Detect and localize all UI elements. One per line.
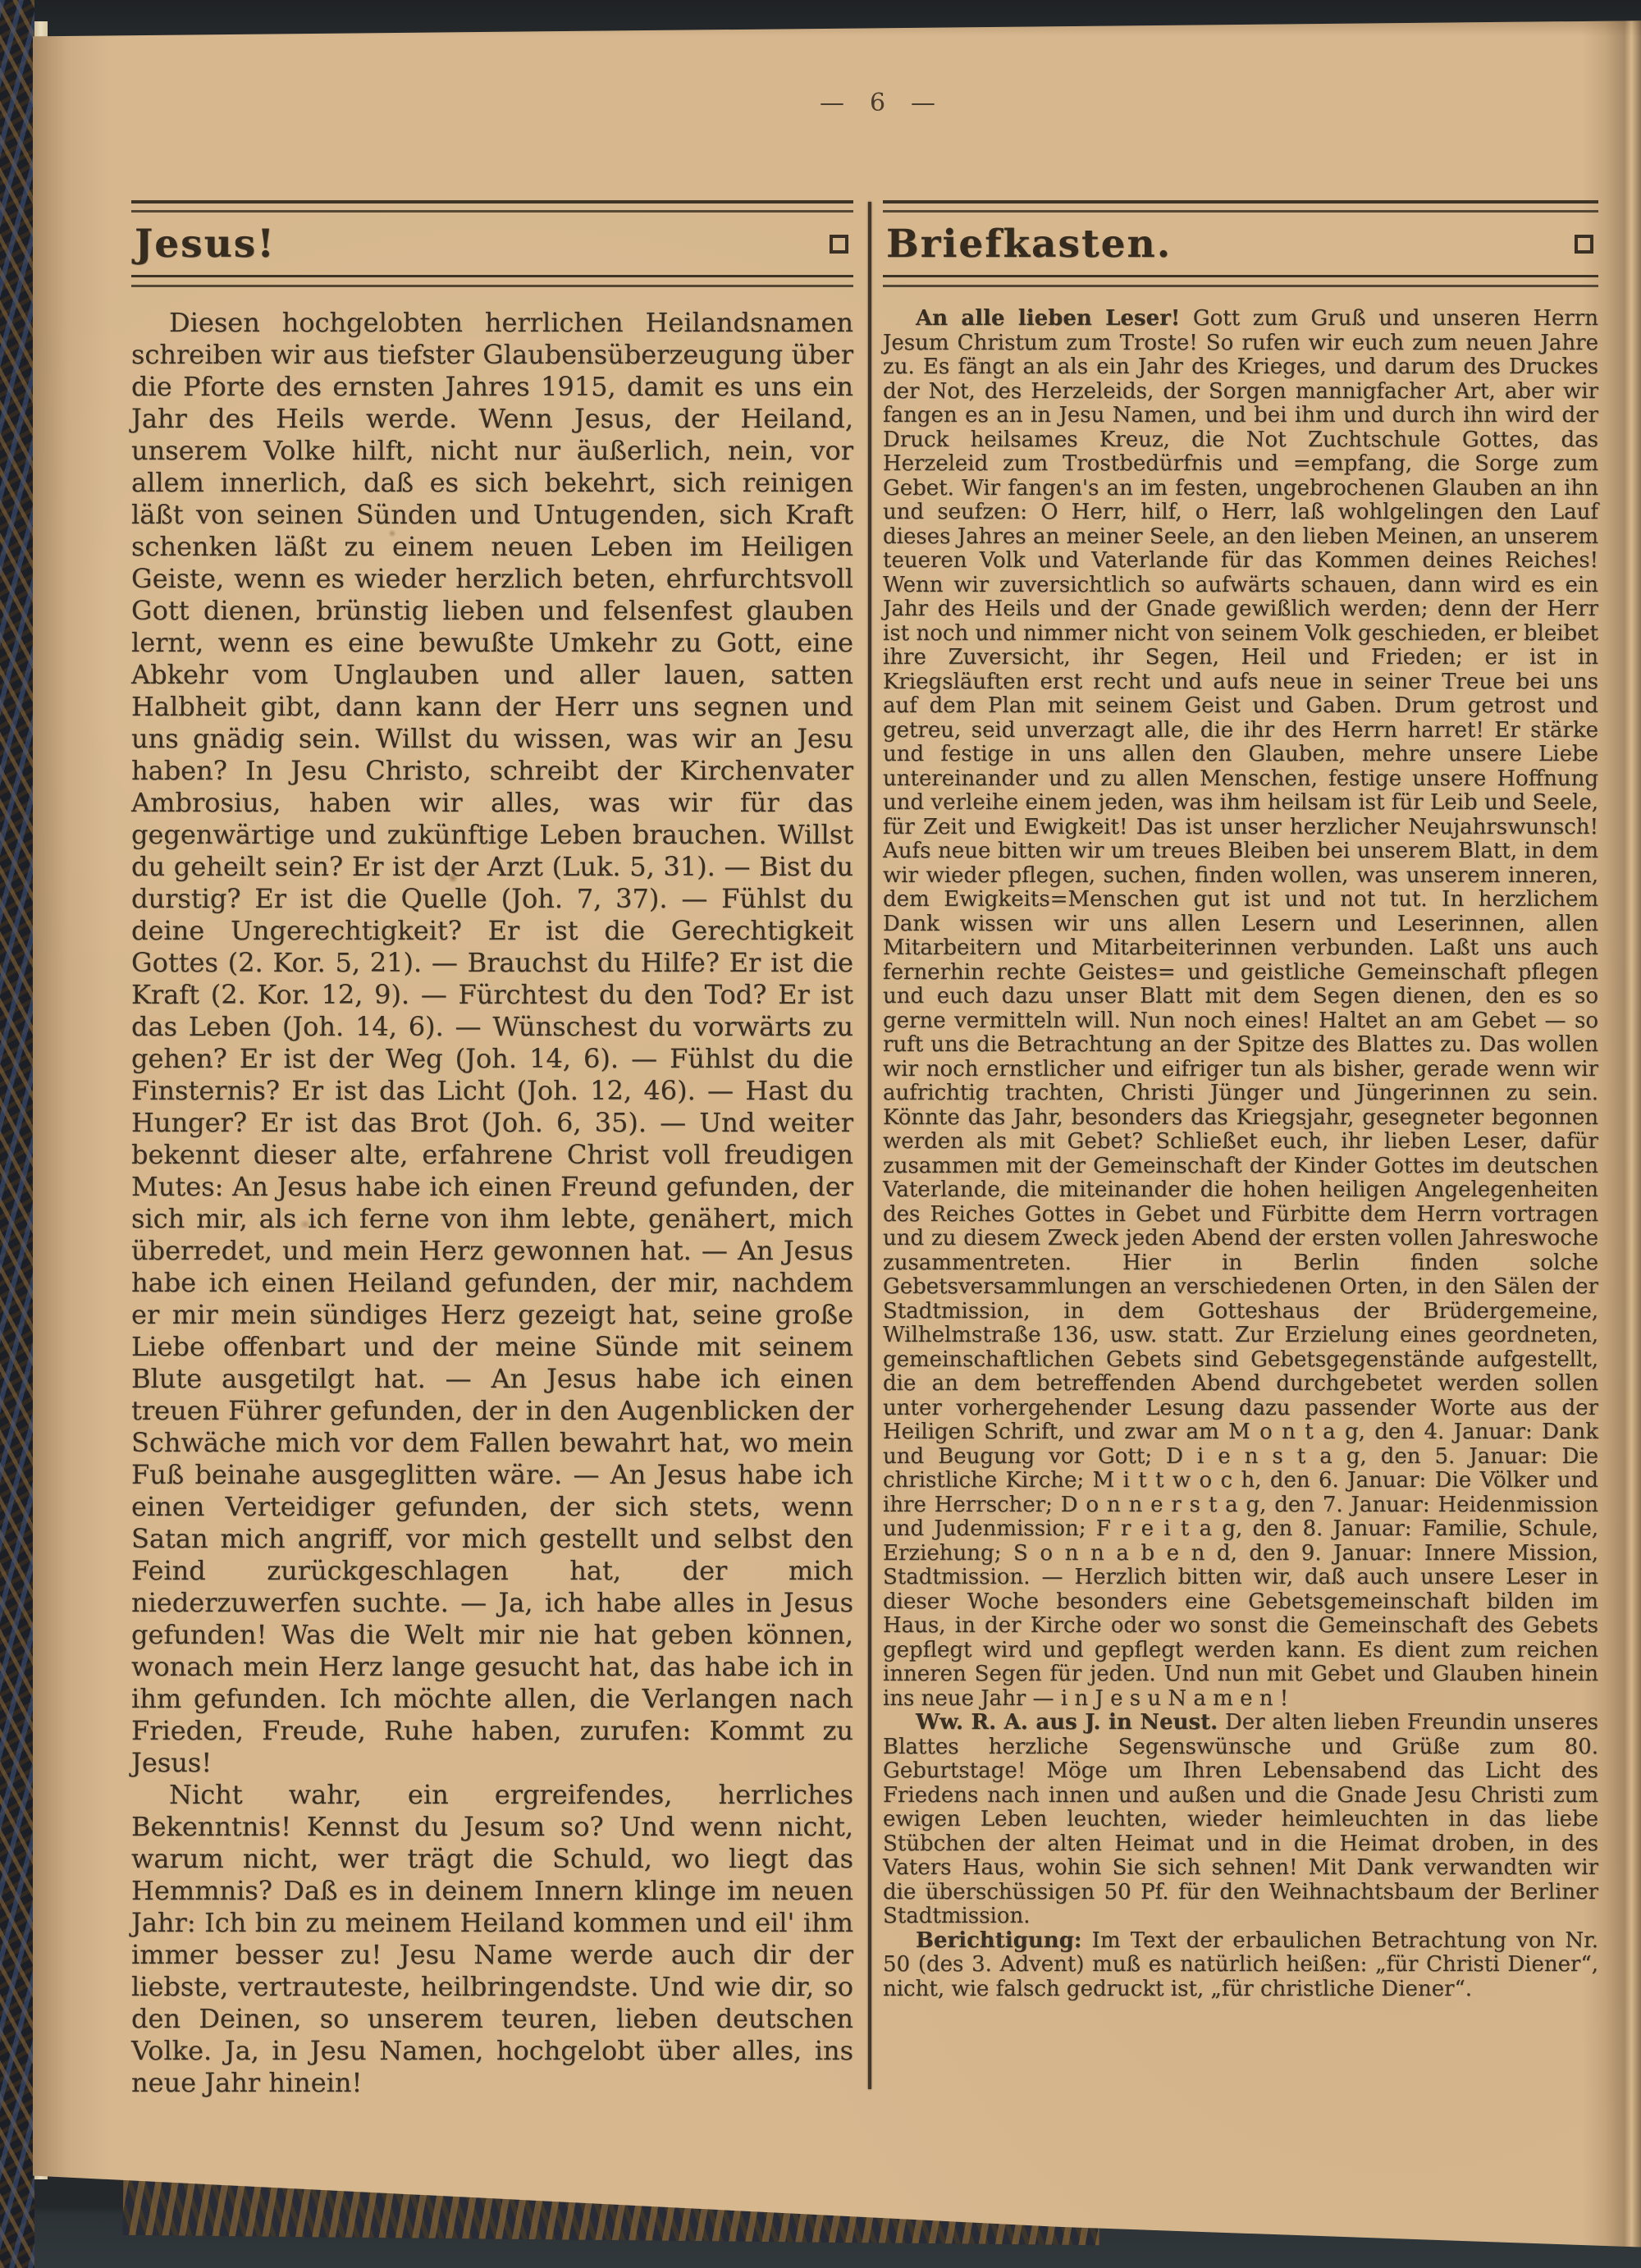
paragraph: Diesen hochgelobten herrlichen Heilandsn… (131, 307, 853, 1779)
header-rule-bottom (131, 275, 853, 287)
paragraph-text: Gott zum Gruß und unseren Herrn Jesum Ch… (883, 306, 1598, 1711)
page-number: —6— (738, 89, 1017, 117)
section-square-icon (1575, 235, 1593, 254)
header-title-row: Jesus! (131, 213, 853, 275)
page-number-value: 6 (870, 89, 886, 117)
paragraph: Nicht wahr, ein ergreifendes, herrliches… (131, 1779, 853, 2099)
paragraph-text: Der alten lieben Freundin unseres Blatte… (883, 1710, 1598, 1928)
article-briefkasten: Briefkasten. An alle lieben Leser! Gott … (883, 200, 1598, 2001)
header-rule-top (131, 200, 853, 213)
page-number-dash-right: — (911, 89, 936, 117)
paragraph-lead: Ww. R. A. aus J. in Neust. (916, 1710, 1218, 1735)
header-rule-top (883, 200, 1598, 213)
paragraph: Ww. R. A. aus J. in Neust. Der alten lie… (883, 1711, 1598, 1929)
paper-sheet: —6— Jesus! Diesen hochgelobten herrliche… (33, 18, 1641, 2252)
column-divider-rule (868, 202, 871, 2089)
page-number-dash-left: — (820, 89, 845, 117)
article-briefkasten-header: Briefkasten. (883, 200, 1598, 287)
header-title-row: Briefkasten. (883, 213, 1598, 275)
article-briefkasten-title: Briefkasten. (886, 222, 1172, 267)
gutter-shadow (33, 18, 111, 2252)
scanned-newspaper-page: —6— Jesus! Diesen hochgelobten herrliche… (0, 0, 1641, 2268)
paragraph-lead: Berichtigung: (916, 1928, 1081, 1953)
paragraph-lead: An alle lieben Leser! (916, 306, 1180, 331)
article-jesus-body: Diesen hochgelobten herrlichen Heilandsn… (131, 307, 853, 2099)
article-jesus: Jesus! Diesen hochgelobten herrlichen He… (131, 200, 853, 2099)
paragraph: An alle lieben Leser! Gott zum Gruß und … (883, 307, 1598, 1711)
section-square-icon (830, 235, 848, 254)
two-column-layout: Jesus! Diesen hochgelobten herrlichen He… (131, 200, 1600, 2099)
book-binding-edge (0, 0, 34, 2268)
header-rule-bottom (883, 275, 1598, 287)
article-jesus-header: Jesus! (131, 200, 853, 287)
paragraph: Berichtigung: Im Text der erbaulichen Be… (883, 1929, 1598, 2002)
article-jesus-title: Jesus! (135, 222, 276, 267)
article-briefkasten-body: An alle lieben Leser! Gott zum Gruß und … (883, 307, 1598, 2001)
